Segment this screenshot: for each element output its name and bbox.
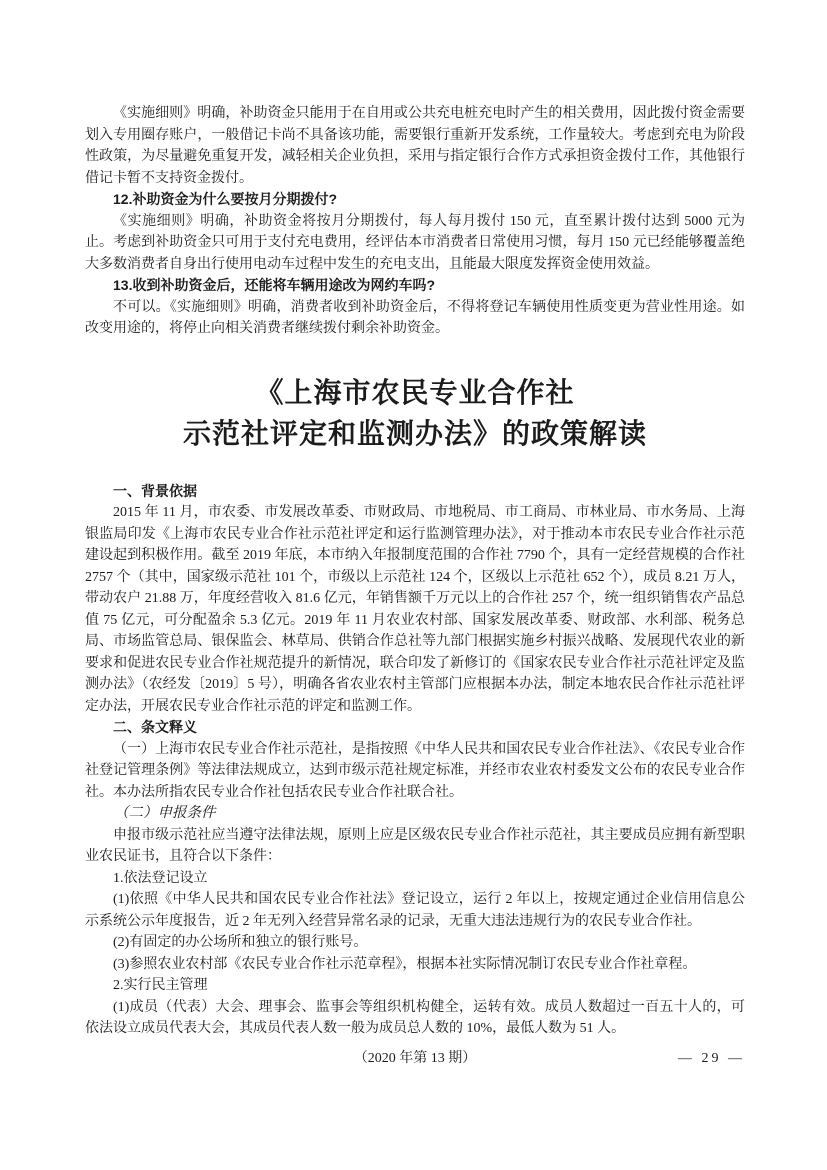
page-content: 《实施细则》明确，补助资金只能用于在自用或公共充电桩充电时产生的相关费用，因此拨… [85,103,745,1070]
section-heading-background: 一、背景依据 [85,481,745,503]
legal-registration-item-1: (1)依照《中华人民共和国农民专业合作社法》登记设立，运行 2 年以上，按规定通… [85,889,745,932]
democratic-management-item-1: (1)成员（代表）大会、理事会、监事会等组织机构健全，运转有效。成员人数超过一百… [85,997,745,1040]
item-heading-legal-registration: 1.依法登记设立 [85,868,745,890]
prev-article-paragraph: 不可以。《实施细则》明确，消费者收到补助资金后，不得将登记车辆使用性质变更为营业… [85,297,745,340]
prev-article-paragraph: 《实施细则》明确，补助资金将按月分期拨付，每人每月拨付 150 元，直至累计拨付… [85,211,745,276]
item-heading-democratic-management: 2.实行民主管理 [85,975,745,997]
article-title-line-1: 《上海市农民专业合作社 [85,373,745,414]
background-paragraph: 2015 年 11 月，市农委、市发展改革委、市财政局、市地税局、市工商局、市林… [85,502,745,717]
article-title-line-2: 示范社评定和监测办法》的政策解读 [85,414,745,455]
application-conditions-paragraph: 申报市级示范社应当遵守法律法规，原则上应是区级农民专业合作社示范社，其主要成员应… [85,825,745,868]
subsection-heading-application-conditions: （二）申报条件 [85,803,745,825]
footer-page-number: — 29 — [678,1048,745,1070]
prev-article-paragraph: 《实施细则》明确，补助资金只能用于在自用或公共充电桩充电时产生的相关费用，因此拨… [85,103,745,189]
question-heading-12: 12.补助资金为什么要按月分期拨付? [85,189,745,211]
definition-paragraph: （一）上海市农民专业合作社示范社，是指按照《中华人民共和国农民专业合作社法》、《… [85,739,745,804]
footer-issue: （2020 年第 13 期） [85,1048,745,1070]
document-page: 《实施细则》明确，补助资金只能用于在自用或公共充电桩充电时产生的相关费用，因此拨… [0,0,827,1170]
question-heading-13: 13.收到补助资金后，还能将车辆用途改为网约车吗? [85,275,745,297]
section-heading-interpretation: 二、条文释义 [85,717,745,739]
article-title: 《上海市农民专业合作社 示范社评定和监测办法》的政策解读 [85,373,745,455]
legal-registration-item-2: (2)有固定的办公场所和独立的银行账号。 [85,932,745,954]
legal-registration-item-3: (3)参照农业农村部《农民专业合作社示范章程》，根据本社实际情况制订农民专业合作… [85,954,745,976]
page-footer: （2020 年第 13 期） — 29 — [85,1048,745,1070]
